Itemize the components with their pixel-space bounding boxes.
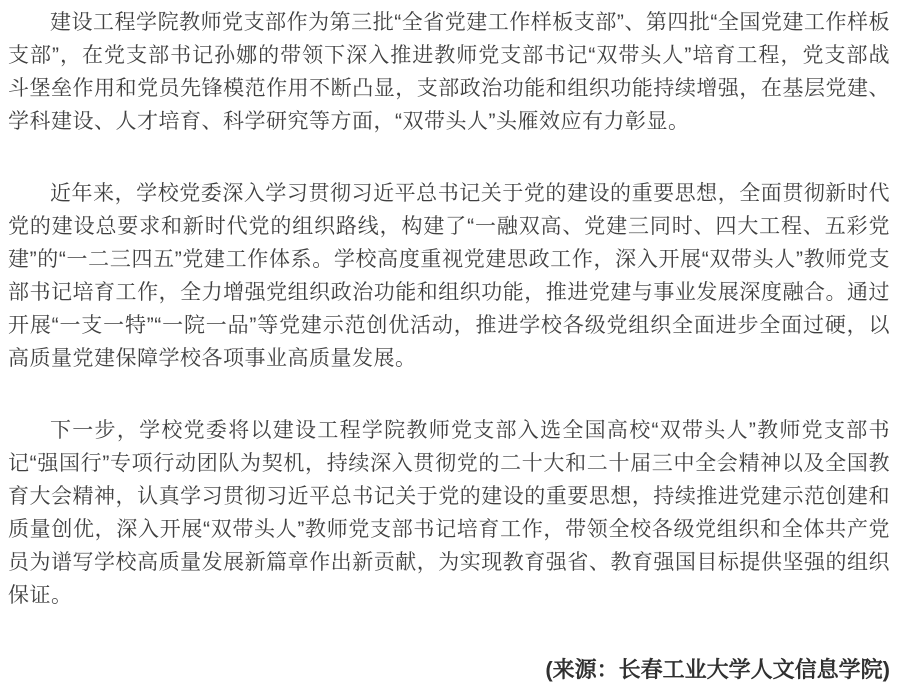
article-body: 建设工程学院教师党支部作为第三批“全省党建工作样板支部”、第四批“全国党建工作样…	[0, 0, 900, 686]
paragraph-3: 下一步，学校党委将以建设工程学院教师党支部入选全国高校“双带头人”教师党支部书记…	[8, 414, 890, 612]
paragraph-1: 建设工程学院教师党支部作为第三批“全省党建工作样板支部”、第四批“全国党建工作样…	[8, 6, 890, 138]
paragraph-2: 近年来，学校党委深入学习贯彻习近平总书记关于党的建设的重要思想，全面贯彻新时代党…	[8, 177, 890, 375]
source-attribution: (来源：长春工业大学人文信息学院)	[8, 651, 890, 686]
